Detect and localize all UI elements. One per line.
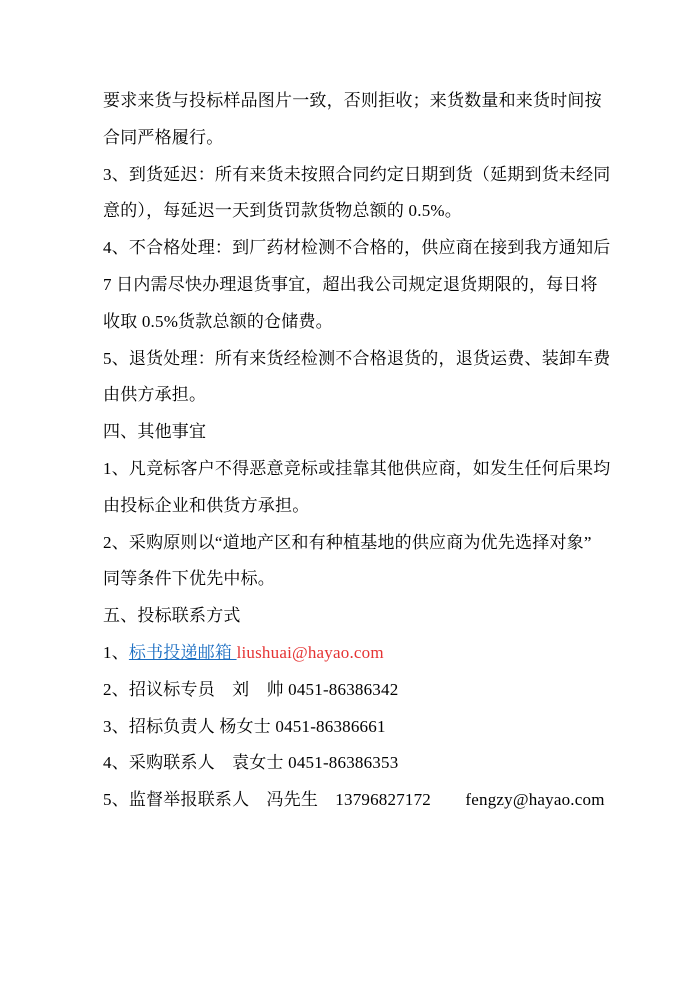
section-heading-other-matters: 四、其他事宜 xyxy=(103,414,643,451)
doc-line: 由投标企业和供货方承担。 xyxy=(103,488,643,525)
doc-line: 意的），每延迟一天到货罚款货物总额的 0.5%。 xyxy=(103,193,643,230)
doc-line: 由供方承担。 xyxy=(103,377,643,414)
doc-line: 7 日内需尽快办理退货事宜，超出我公司规定退货期限的，每日将 xyxy=(103,267,643,304)
doc-line: 5、监督举报联系人 冯先生 13796827172 fengzy@hayao.c… xyxy=(103,782,643,819)
mailbox-link[interactable]: 标书投递邮箱 xyxy=(129,643,237,662)
doc-line: 要求来货与投标样品图片一致，否则拒收；来货数量和来货时间按 xyxy=(103,83,643,120)
doc-line: 1、凡竞标客户不得恶意竞标或挂靠其他供应商，如发生任何后果均 xyxy=(103,451,643,488)
doc-line: 收取 0.5%货款总额的仓储费。 xyxy=(103,304,643,341)
section-heading-contact-info: 五、投标联系方式 xyxy=(103,598,643,635)
doc-line: 3、到货延迟：所有来货未按照合同约定日期到货（延期到货未经同 xyxy=(103,157,643,194)
doc-line-mailbox: 1、标书投递邮箱 liushuai@hayao.com xyxy=(103,635,643,672)
doc-line: 合同严格履行。 xyxy=(103,120,643,157)
doc-line: 4、采购联系人 袁女士 0451-86386353 xyxy=(103,745,643,782)
doc-line: 5、退货处理：所有来货经检测不合格退货的，退货运费、装卸车费 xyxy=(103,341,643,378)
doc-line: 4、不合格处理：到厂药材检测不合格的，供应商在接到我方通知后 xyxy=(103,230,643,267)
list-number: 1、 xyxy=(103,643,129,662)
doc-line: 3、招标负责人 杨女士 0451-86386661 xyxy=(103,709,643,746)
doc-line: 同等条件下优先中标。 xyxy=(103,561,643,598)
mailbox-email-text: liushuai@hayao.com xyxy=(237,643,384,662)
doc-line: 2、招议标专员 刘 帅 0451-86386342 xyxy=(103,672,643,709)
document-text-block: 要求来货与投标样品图片一致，否则拒收；来货数量和来货时间按 合同严格履行。 3、… xyxy=(103,83,643,819)
document-page: 要求来货与投标样品图片一致，否则拒收；来货数量和来货时间按 合同严格履行。 3、… xyxy=(0,0,700,990)
doc-line: 2、采购原则以“道地产区和有种植基地的供应商为优先选择对象” xyxy=(103,525,643,562)
